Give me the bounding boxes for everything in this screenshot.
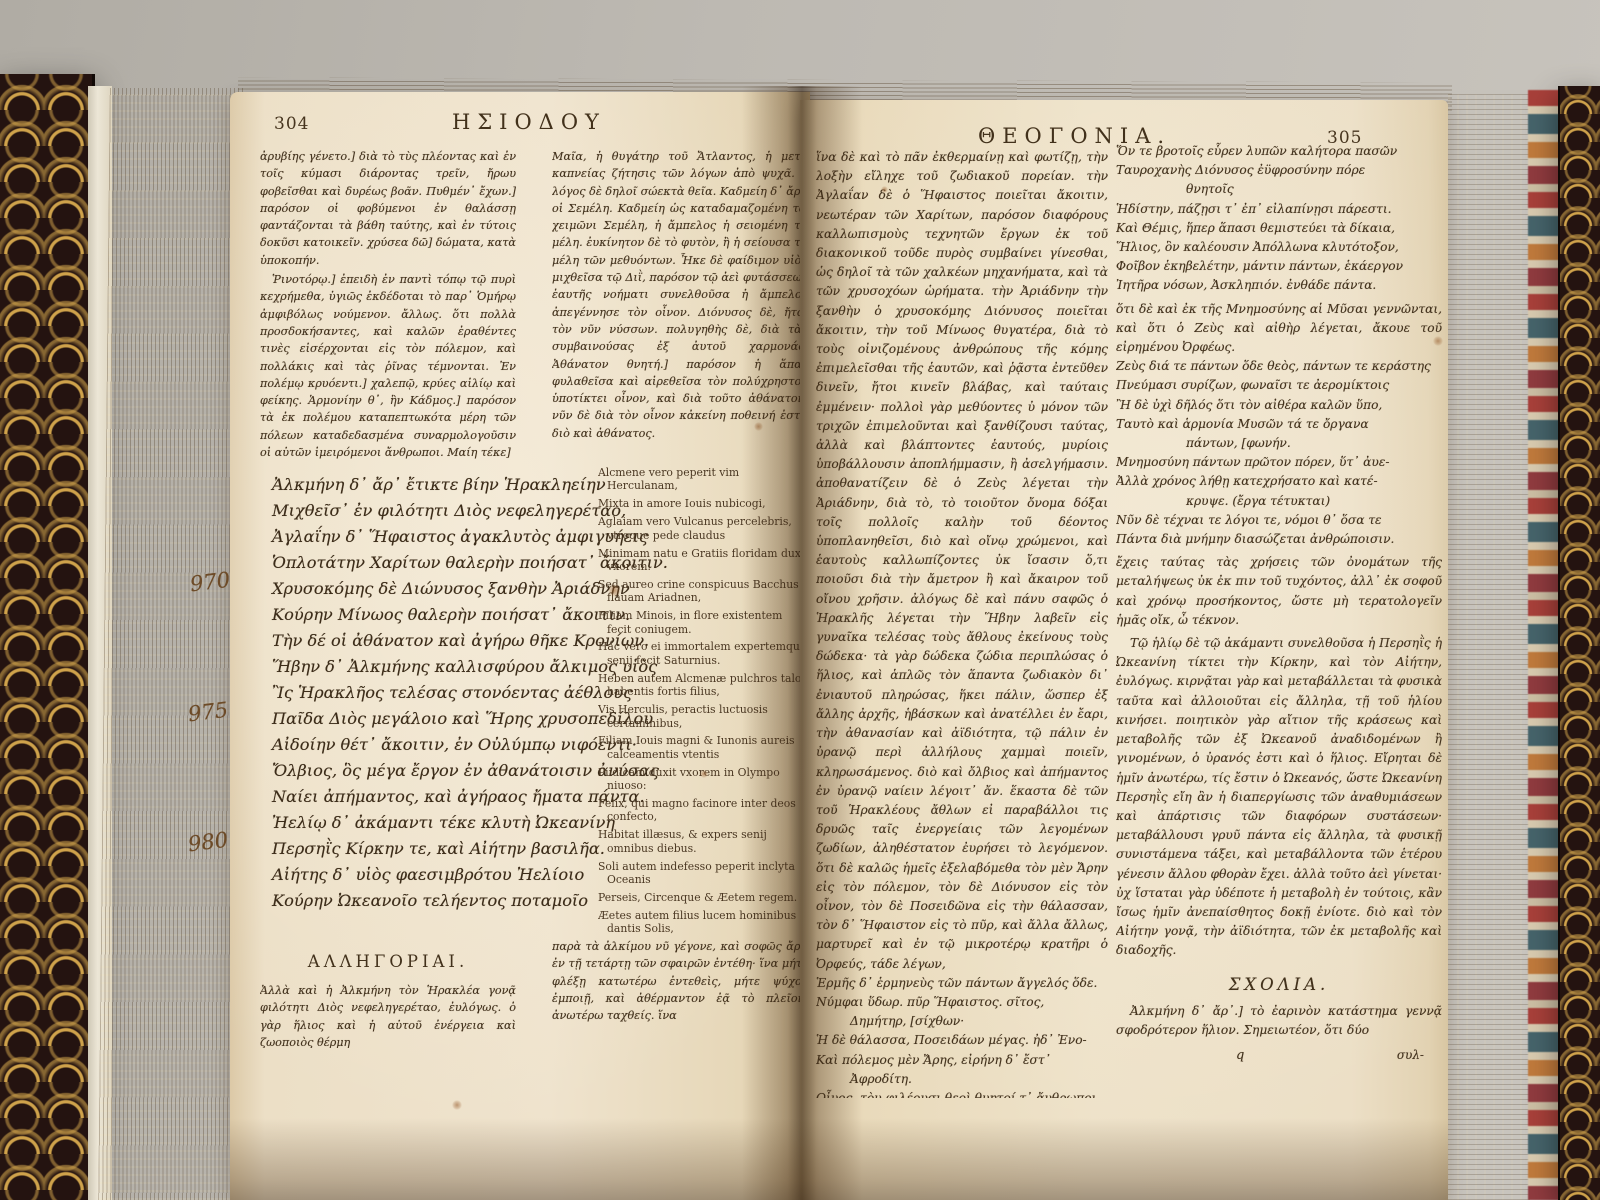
right-cover-gold-tooling <box>1558 86 1600 1200</box>
allegoriae-text: παρὰ τὰ ἀλκίμου νῦ γέγονε, καὶ σοφῶς ἄρα… <box>552 938 808 1024</box>
verse-line: Ἡδίστην, πάζῃσι τ᾽ ἐπ᾽ εἰλαπίνῃσι πάρεστ… <box>1116 200 1442 219</box>
verse-line: Νῦν δὲ τέχναι τε λόγοι τε, νόμοι θ᾽ ὅσα … <box>1116 511 1442 530</box>
scholia-heading: ΣΧΟΛΙΑ. <box>1116 975 1442 994</box>
right-col1-prose: ἵνα δὲ καὶ τὸ πᾶν ἐκθερμαίνῃ καὶ φωτίζῃ,… <box>816 148 1108 974</box>
verse-line: Καὶ Θέμις, ἥπερ ἅπασι θεμιστεύει τὰ δίκα… <box>1116 219 1442 238</box>
verse-line: Ζεὺς διά τε πάντων ὅδε θεὸς, πάντων τε κ… <box>1116 357 1442 376</box>
right-col1-closing-line: Οἶνος, τὸν φιλέουσι θεοὶ θνητοί τ᾽ ἄνθρω… <box>816 1089 1108 1098</box>
verse-line: Ταυτὸ καὶ ἁρμονία Μυσῶν τά τε ὄργανα <box>1116 415 1442 434</box>
verse-line: Τὴν δέ οἱ ἀθάνατον καὶ ἀγήρω θῆκε Κρονίω… <box>272 628 622 654</box>
verse-line: Αἰδοίην θέτ᾽ ἄκοιτιν, ἐν Οὐλύμπῳ νιφόεντ… <box>272 732 622 758</box>
right-page: ΘΕΟΓΟΝΙΑ. 305 ἵνα δὲ καὶ τὸ πᾶν ἐκθερμαί… <box>800 100 1448 1200</box>
catchword: συλ- <box>1397 1046 1424 1065</box>
latin-translation-column: Alcmene vero peperit vim Herculanam, Mix… <box>598 466 810 936</box>
verse-line: Ἀγλαΐην δ᾽ Ἥφαιστος ἀγακλυτὸς ἀμφιγυήεις <box>272 524 622 550</box>
latin-line: Mixta in amore Iouis nubicogi, <box>598 497 810 510</box>
commentary-paragraph: Ῥινοτόρῳ.] ἐπειδὴ ἐν παντὶ τόπῳ τῷ πυρὶ … <box>260 271 516 461</box>
margin-line-number-970: 970 <box>189 568 232 597</box>
right-col2-prose: ἔχεις ταύτας τὰς χρήσεις τῶν ὀνομάτων τῆ… <box>1116 553 1442 630</box>
verse-line: Φοῖβον ἑκηβελέτην, μάντιν πάντων, ἑκάεργ… <box>1116 257 1442 276</box>
gathering-signature: q <box>1236 1046 1244 1065</box>
scholia-text: Ἀλκμήνη δ᾽ ἄρ᾽.] τὸ ἐαρινὸν κατάστημα γε… <box>1116 1002 1442 1040</box>
verse-line: Ἀλκμήνη δ᾽ ἄρ᾽ ἔτικτε βίην Ἡρακληείην <box>272 472 622 498</box>
verse-line: Παῖδα Διὸς μεγάλοιο καὶ Ἥρης χρυσοπεδίλο… <box>272 706 622 732</box>
latin-line: Aglaiam vero Vulcanus percelebris, vtroq… <box>598 515 810 542</box>
orphic-quote-line: Ἀφροδίτη. <box>816 1070 1108 1089</box>
latin-line: Habitat illæsus, & expers senij omnibus … <box>598 828 810 855</box>
left-cover-gold-tooling <box>0 74 95 1200</box>
verse-line: πάντων, [φωνήν. <box>1116 434 1442 453</box>
latin-line: Vis Herculis, peractis luctuosis certami… <box>598 703 810 730</box>
verse-line: Αἰήτης δ᾽ υἱὸς φαεσιμβρότου Ἠελίοιο <box>272 862 622 888</box>
verse-line: Ἥλιος, ὃν καλέουσιν Ἀπόλλωνα κλυτότοξον, <box>1116 238 1442 257</box>
latin-line: Heben autem Alcmenæ pulchros talos haben… <box>598 672 810 699</box>
allegoriae-col1: Ἀλλὰ καὶ ἡ Ἀλκμήνη τὸν Ἡρακλέα γονᾷ φιλό… <box>260 982 516 1048</box>
right-col2-prose: Τῷ ἡλίῳ δὲ τῷ ἀκάμαντι συνελθοῦσα ἡ Περσ… <box>1116 634 1442 960</box>
margin-line-number-975: 975 <box>187 698 230 727</box>
orphic-quote-line: Καὶ πόλεμος μὲν Ἄρης, εἰρήνη δ᾽ ἔστ᾽ <box>816 1051 1108 1070</box>
signature-catchword-row: q συλ- <box>1116 1040 1442 1065</box>
orphic-quote-line: Ἡ δὲ θάλασσα, Ποσειδάων μέγας. ἠδ᾽ Ἐνο- <box>816 1031 1108 1050</box>
verse-line: Ταυροχανὴς Διόνυσος ἐϋφροσύνην πόρε <box>1116 161 1442 180</box>
commentary-paragraph: ἀρυβίης γένετο.] διὰ τὸ τὺς πλέοντας καὶ… <box>260 148 516 269</box>
verse-line: Μιχθεῖσ᾽ ἐν φιλότητι Διὸς νεφεληγερέταο, <box>272 498 622 524</box>
latin-line: Filiam Minois, in flore existentem fecit… <box>598 609 810 636</box>
right-col2-prose: Ἢ δὲ ὐχὶ δῆλός ὅτι τὸν αἰθέρα καλῶν ὕπο, <box>1116 396 1442 415</box>
verse-line: Μνημοσύνη πάντων πρῶτον πόρεν, ὕτ᾽ ἀυε- <box>1116 453 1442 472</box>
latin-line: Pudicam duxit vxorem in Olympo niuoso: <box>598 766 810 793</box>
orphic-quote-line: Νύμφαι ὕδωρ. πῦρ Ἥφαιστος. σῖτος, <box>816 993 1108 1012</box>
allegoriae-text: Ἀλλὰ καὶ ἡ Ἀλκμήνη τὸν Ἡρακλέα γονᾷ φιλό… <box>260 982 516 1048</box>
left-page-number: 304 <box>274 114 309 134</box>
verse-line: Πνεύμασι συρίζων, φωναῖσι τε ἀερομίκτοις <box>1116 376 1442 395</box>
verse-line: Ὄλβιος, ὃς μέγα ἔργον ἐν ἀθανάτοισιν ἀνύ… <box>272 758 622 784</box>
allegoriae-col2: παρὰ τὰ ἀλκίμου νῦ γέγονε, καὶ σοφῶς ἄρα… <box>552 938 808 1030</box>
marbled-endpaper-edge <box>1528 90 1562 1200</box>
verse-line: θνητοῖς <box>1116 180 1442 199</box>
latin-line: Soli autem indefesso peperit inclyta Oce… <box>598 860 810 887</box>
commentary-paragraph: Μαῖα, ἡ θυγάτηρ τοῦ Ἄτλαντος, ἡ μετὰ καπ… <box>552 148 808 442</box>
latin-line: Felix, qui magno facinore inter deos con… <box>598 797 810 824</box>
right-col1: ἵνα δὲ καὶ τὸ πᾶν ἐκθερμαίνῃ καὶ φωτίζῃ,… <box>816 148 1108 1098</box>
allegoriae-heading: ΑΛΛΗΓΟΡΙΑΙ. <box>260 952 516 971</box>
left-commentary-col1: ἀρυβίης γένετο.] διὰ τὸ τὺς πλέοντας καὶ… <box>260 148 516 480</box>
verse-line: Χρυσοκόμης δὲ Διώνυσος ξανθὴν Ἀριάδνην <box>272 576 622 602</box>
verse-line: Ἥβην δ᾽ Ἀλκμήνης καλλισφύρου ἄλκιμος υἱὸ… <box>272 654 622 680</box>
verse-line: Ὅν τε βροτοῖς εὗρεν λυπῶν καλήτορα πασῶν <box>1116 142 1442 161</box>
verse-line: Ἲς Ἡρακλῆος τελέσας στονόεντας ἀέθλους <box>272 680 622 706</box>
verse-line: Ἀλλὰ χρόνος λήθῃ κατεχρήσατο καὶ κατέ- <box>1116 472 1442 491</box>
latin-line: Hác vero ei immortalem expertemque senij… <box>598 640 810 667</box>
gilt-fore-edge-left <box>98 88 244 1200</box>
latin-line: Perseis, Circenque & Æetem regem. <box>598 891 810 904</box>
margin-line-number-980: 980 <box>187 828 230 857</box>
verse-line: Ἰητῆρα νόσων, Ἀσκληπιόν. ἐνθάδε πάντα. <box>1116 276 1442 295</box>
photo-of-open-book: 304 ΗΣΙΟΔΟΥ ἀρυβίης γένετο.] διὰ τὸ τὺς … <box>0 0 1600 1200</box>
left-running-head: ΗΣΙΟΔΟΥ <box>452 110 606 134</box>
verse-line: κρυψε. (ἔργα τέτυκται) <box>1116 492 1442 511</box>
left-page: 304 ΗΣΙΟΔΟΥ ἀρυβίης γένετο.] διὰ τὸ τὺς … <box>230 92 810 1200</box>
verse-line: Πάντα διὰ μνήμην διασώζεται ἀνθρώποισιν. <box>1116 530 1442 549</box>
verse-line: Ὁπλοτάτην Χαρίτων θαλερὴν ποιήσατ᾽ ἄκοιτ… <box>272 550 622 576</box>
verse-line: Κούρην Ὠκεανοῖο τελήεντος ποταμοῖο <box>272 888 622 914</box>
gilt-fore-edge-right <box>1448 94 1530 1200</box>
latin-line: Minimam natu e Gratiis floridam duxit vx… <box>598 547 810 574</box>
greek-verse-block: Ἀλκμήνη δ᾽ ἄρ᾽ ἔτικτε βίην Ἡρακληείην Μι… <box>272 472 622 914</box>
right-col2: Ὅν τε βροτοῖς εὗρεν λυπῶν καλήτορα πασῶν… <box>1116 142 1442 1172</box>
verse-line: Ναίει ἀπήμαντος, καὶ ἀγήραος ἤματα πάντα… <box>272 784 622 810</box>
latin-line: Æetes autem filius lucem hominibus danti… <box>598 909 810 936</box>
orphic-quote-line: Δημήτηρ, [σίχθων· <box>816 1012 1108 1031</box>
latin-line: Sed aureo crine conspicuus Bacchus flaua… <box>598 578 810 605</box>
verse-line: Ἠελίῳ δ᾽ ἀκάμαντι τέκε κλυτὴ Ὠκεανίνη <box>272 810 622 836</box>
verse-line: Κούρην Μίνωος θαλερὴν ποιήσατ᾽ ἄκοιτιν. <box>272 602 622 628</box>
latin-line: Alcmene vero peperit vim Herculanam, <box>598 466 810 493</box>
verse-line: Περσηῒς Κίρκην τε, καὶ Αἰήτην βασιλῆα. <box>272 836 622 862</box>
latin-line: Filiam Iouis magni & Iunonis aureis calc… <box>598 734 810 761</box>
right-col2-prose: ὅτι δὲ καὶ ἐκ τῆς Μνημοσύνης αἱ Μῦσαι γε… <box>1116 300 1442 358</box>
orphic-quote-line: Ἑρμῆς δ᾽ ἑρμηνεὺς τῶν πάντων ἄγγελός ὅδε… <box>816 974 1108 993</box>
left-commentary-col2: Μαῖα, ἡ θυγάτηρ τοῦ Ἄτλαντος, ἡ μετὰ καπ… <box>552 148 808 480</box>
